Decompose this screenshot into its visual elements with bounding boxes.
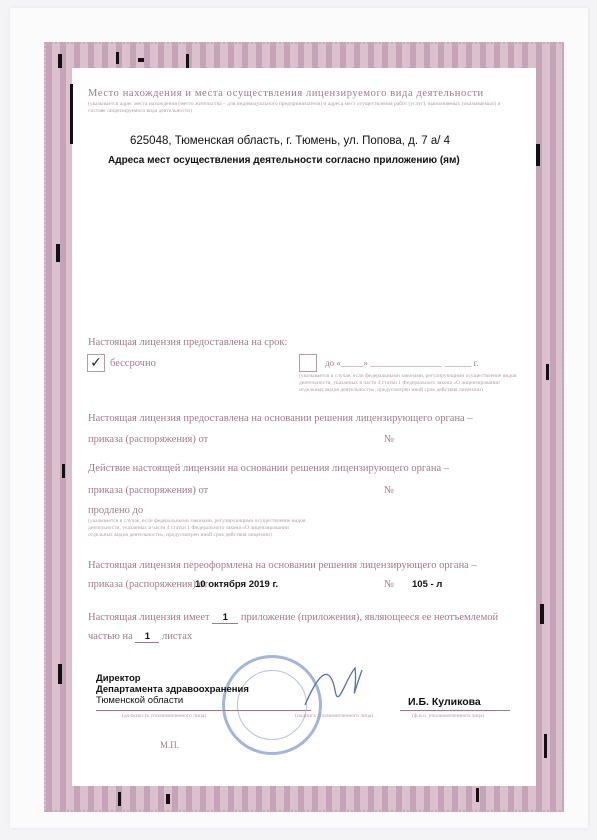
signature-caption: (подпись уполномоченного лица) <box>295 713 373 720</box>
extended-until-label: продлено до <box>88 505 143 516</box>
reissued-line2: приказа (распоряжения) от <box>88 579 208 590</box>
position-line1: Директор <box>96 673 249 684</box>
appendix-sheets: 1 <box>135 631 159 643</box>
stamp-label: М.П. <box>160 740 179 750</box>
addresses-note: Адреса мест осуществления деятельности с… <box>108 155 460 166</box>
extended-note: (указывается в случае, если федеральными… <box>88 518 310 539</box>
appendix-text-before: Настоящая лицензия имеет <box>88 612 210 623</box>
appendix-text-after: приложение (приложения), являющееся ее н… <box>241 612 498 623</box>
appendix-line2-after: листах <box>162 631 192 642</box>
license-address: 625048, Тюменская область, г. Тюмень, ул… <box>130 135 450 147</box>
position-line3: Тюменской области <box>96 695 249 706</box>
until-note: (указывается в случае, если федеральными… <box>299 373 517 394</box>
until-label: до «_____» ________________ ______ г. <box>325 358 479 368</box>
indefinite-checkbox[interactable]: ✓ <box>87 354 105 372</box>
extended-number-label: № <box>384 485 394 496</box>
reissued-line1: Настоящая лицензия переоформлена на осно… <box>88 560 477 571</box>
indefinite-label: бессрочно <box>110 358 156 369</box>
signature-icon <box>300 660 370 720</box>
appendix-line2-before: частью на <box>88 631 133 642</box>
name-line <box>400 710 510 711</box>
position-line2: Департамента здравоохранения <box>96 684 249 695</box>
license-content: Место нахождения и места осуществления л… <box>0 0 597 840</box>
reissued-date: 10 октября 2019 г. <box>195 579 278 590</box>
extended-line2: приказа (распоряжения) от <box>88 485 208 496</box>
position-caption: (должность уполномоченного лица) <box>122 713 206 720</box>
granted-number-label: № <box>384 434 394 445</box>
signatory-name: И.Б. Куликова <box>408 696 481 708</box>
granted-line2: приказа (распоряжения) от <box>88 434 208 445</box>
granted-line1: Настоящая лицензия предоставлена на осно… <box>88 413 473 424</box>
location-label: Место нахождения и места осуществления л… <box>88 88 516 99</box>
appendix-line1: Настоящая лицензия имеет 1 приложение (п… <box>88 612 498 624</box>
appendix-line2: частью на 1 листах <box>88 631 192 643</box>
signatory-position: Директор Департамента здравоохранения Тю… <box>96 673 249 706</box>
reissued-number: 105 - л <box>412 579 442 590</box>
until-checkbox[interactable] <box>299 354 317 372</box>
name-caption: (ф.и.о. уполномоченного лица) <box>412 713 484 720</box>
extended-line1: Действие настоящей лицензии на основании… <box>88 463 449 474</box>
location-note: (указывается адрес места нахождения (мес… <box>88 101 516 115</box>
appendix-count: 1 <box>212 612 238 624</box>
position-line <box>96 710 311 711</box>
term-label: Настоящая лицензия предоставлена на срок… <box>88 337 287 348</box>
location-label-text: Место нахождения и места осуществления л… <box>88 88 484 99</box>
check-mark-icon: ✓ <box>90 355 102 371</box>
reissued-number-label: № <box>384 579 394 590</box>
